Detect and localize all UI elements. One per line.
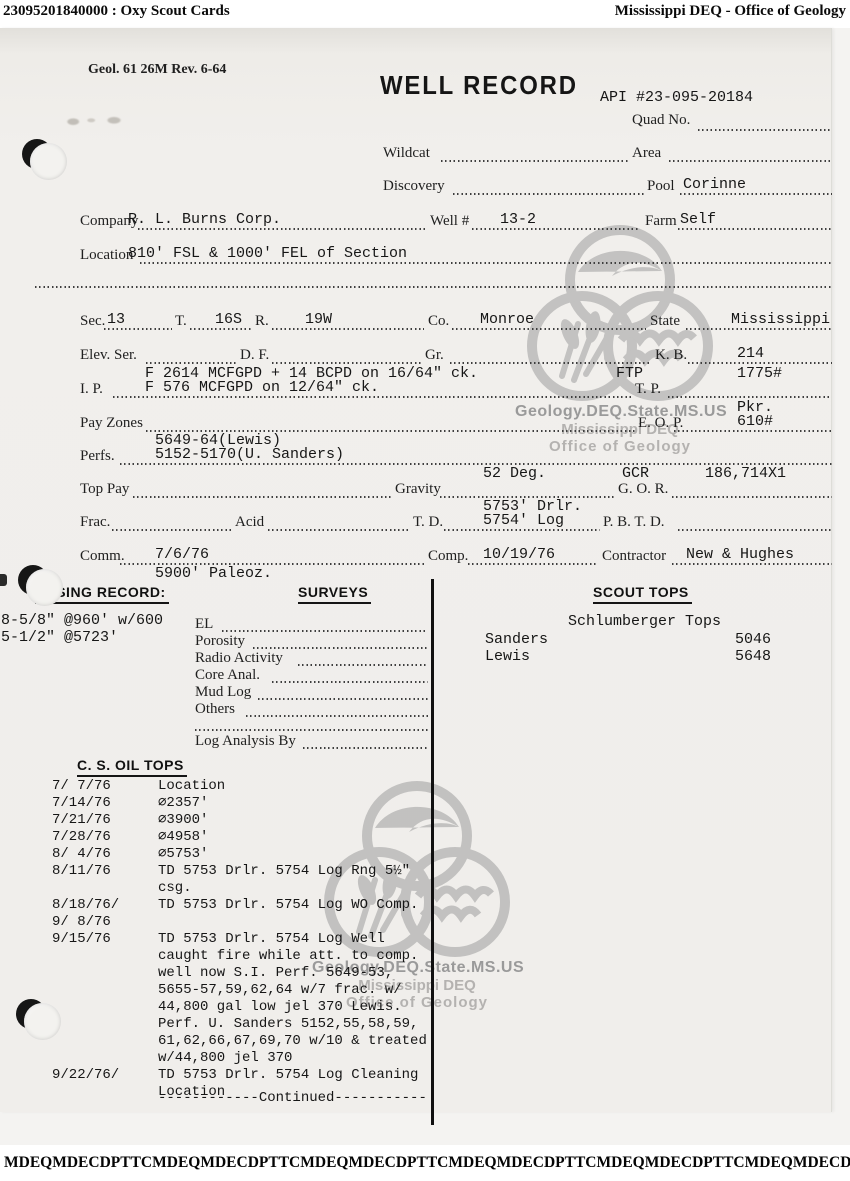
county-label: Co. (428, 313, 449, 330)
footer-token: PTTC (555, 1154, 596, 1172)
oil-tops-heading: C. S. OIL TOPS (77, 757, 187, 777)
acid-label: Acid (235, 514, 264, 531)
ip-line (113, 396, 632, 398)
form-number: Geol. 61 26M Rev. 6-64 (88, 62, 226, 78)
quad-no-label: Quad No. (632, 112, 690, 129)
survey-core-anal-label: Core Anal. (195, 667, 260, 684)
footer-token: PTTC (407, 1154, 448, 1172)
footer-token: PTTC (259, 1154, 300, 1172)
perfs-value: 5152-5170(U. Sanders) (155, 446, 344, 463)
oil-top-text: ∅4958' (158, 829, 208, 846)
footer-token: MDECD (793, 1154, 850, 1172)
scout-top-name: Lewis (485, 648, 530, 665)
pool-label: Pool (647, 178, 675, 195)
log-analysis-by-label: Log Analysis By (195, 733, 296, 750)
oil-top-date: 7/ 7/76 (52, 778, 111, 795)
survey-others-line (246, 715, 428, 717)
company-value: R. L. Burns Corp. (128, 211, 281, 228)
contractor-label: Contractor (602, 548, 666, 565)
oil-top-date: 8/ 4/76 (52, 846, 111, 863)
agency-name: Mississippi DEQ - Office of Geology (615, 3, 846, 20)
range-value: 19W (305, 311, 332, 328)
footer-token: MDEQ (152, 1154, 200, 1172)
td-label: T. D. (413, 514, 443, 531)
scout-card-id: 23095201840000 : Oxy Scout Cards (3, 3, 230, 20)
survey-mud-log-label: Mud Log (195, 684, 251, 701)
footer-token: MDEQ (300, 1154, 348, 1172)
location-label: Location (80, 247, 133, 264)
td-log-value: 5754' Log (483, 512, 564, 529)
contractor-value: New & Hughes (686, 546, 794, 563)
footer-token: MDECD (52, 1154, 111, 1172)
tp-label: T. P. (635, 381, 661, 398)
township-value: 16S (215, 311, 242, 328)
frac-line (112, 529, 232, 531)
kb-value: 214 (737, 345, 764, 362)
footer-token: PTTC (703, 1154, 744, 1172)
footer-token: MDECD (348, 1154, 407, 1172)
survey-radioactivity-line (298, 664, 428, 666)
casing-line-1: 8-5/8" @960' w/600 (1, 612, 163, 629)
pay-zones-label: Pay Zones (80, 415, 143, 432)
well-no-line (472, 228, 640, 230)
survey-porosity-label: Porosity (195, 633, 245, 650)
survey-radioactivity-label: Radio Activity (195, 650, 283, 667)
page-title: WELL RECORD (380, 70, 578, 101)
elev-ser-label: Elev. Ser. (80, 347, 137, 364)
farm-value: Self (680, 211, 716, 228)
scan-header: 23095201840000 : Oxy Scout Cards Mississ… (0, 0, 850, 28)
eop-label: E. O. P. (638, 415, 683, 432)
kb-label: K. B. (655, 347, 687, 364)
comp-line (468, 563, 598, 565)
paleoz-value: 5900' Paleoz. (155, 565, 272, 582)
frac-label: Frac. (80, 514, 110, 531)
quad-no-line (698, 129, 832, 131)
scout-tops-subheading: Schlumberger Tops (568, 613, 721, 630)
contractor-line (672, 563, 832, 565)
county-line (452, 328, 646, 330)
gcr-label: GCR (622, 465, 649, 482)
punch-hole (22, 139, 52, 169)
oil-top-date: 7/21/76 (52, 812, 111, 829)
ip-line2-value: F 576 MCFGPD on 12/64" ck. (145, 379, 379, 396)
footer-token: MDEQ (745, 1154, 793, 1172)
survey-el-line (222, 630, 428, 632)
pbtd-line (678, 529, 832, 531)
deq-watermark: Geology.DEQ.State.MS.US Mississippi DEQ … (515, 224, 725, 455)
footer-token: MDECD (200, 1154, 259, 1172)
casing-line-2: 5-1/2" @5723' (1, 629, 118, 646)
well-record-card: Geology.DEQ.State.MS.US Mississippi DEQ … (0, 28, 832, 1112)
punch-hole (18, 565, 48, 595)
comp-label: Comp. (428, 548, 468, 565)
scan-edge-mark (0, 574, 7, 586)
footer-token: MDEQ (448, 1154, 496, 1172)
footer-token: MDEQ (597, 1154, 645, 1172)
oil-top-text: TD 5753 Drlr. 5754 Log WO Comp. (158, 897, 418, 914)
footer-token: MDECD (497, 1154, 556, 1172)
footer-token: PTTC (111, 1154, 152, 1172)
oil-top-date: 9/22/76/ (52, 1067, 119, 1084)
watermark-url: Geology.DEQ.State.MS.US (515, 403, 725, 421)
separator-line (35, 286, 832, 288)
surveys-heading: SURVEYS (298, 584, 371, 604)
wildcat-line (441, 160, 629, 162)
ftp-label: FTP (616, 365, 643, 382)
footer-token: MDEQ (4, 1154, 52, 1172)
top-pay-line (133, 496, 392, 498)
location-value: 810' FSL & 1000' FEL of Section (128, 245, 407, 262)
survey-blank-line (195, 729, 428, 731)
column-divider (431, 579, 434, 1125)
survey-others-label: Others (195, 701, 235, 718)
discovery-line (453, 193, 644, 195)
farm-line (678, 228, 832, 230)
tp-line (668, 396, 832, 398)
oil-top-text: ∅2357' (158, 795, 208, 812)
survey-mud-log-line (258, 698, 428, 700)
top-pay-label: Top Pay (80, 481, 129, 498)
elev-ser-line (146, 362, 236, 364)
pencil-smudge (66, 114, 126, 128)
well-no-value: 13-2 (500, 211, 536, 228)
pool-value: Corinne (683, 176, 746, 193)
oil-top-text: ∅5753' (158, 846, 208, 863)
acid-line (268, 529, 410, 531)
township-line (190, 328, 252, 330)
sec-label: Sec. (80, 313, 105, 330)
scan-area: Geology.DEQ.State.MS.US Mississippi DEQ … (0, 28, 850, 1145)
survey-el-label: EL (195, 616, 213, 633)
gr-line (450, 362, 650, 364)
scan-footer: MDEQ MDECD PTTC MDEQ MDECD PTTC MDEQ MDE… (0, 1145, 850, 1181)
state-label: State (650, 313, 680, 330)
state-line (686, 328, 832, 330)
continued-note: ------------Continued----------- (158, 1090, 427, 1107)
oil-top-text: Location (158, 778, 225, 795)
county-value: Monroe (480, 311, 534, 328)
oil-top-date: 8/18/76/ 9/ 8/76 (52, 897, 119, 931)
scout-tops-heading: SCOUT TOPS (593, 584, 692, 604)
comm-label: Comm. (80, 548, 125, 565)
company-line (138, 228, 425, 230)
eop-value: 610# (737, 413, 773, 430)
township-label: T. (175, 313, 187, 330)
gravity-label: Gravity (395, 481, 441, 498)
api-number: API #23-095-20184 (600, 89, 753, 106)
scout-top-depth: 5648 (735, 648, 771, 665)
area-label: Area (632, 145, 661, 162)
comm-value: 7/6/76 (155, 546, 209, 563)
df-label: D. F. (240, 347, 269, 364)
oil-top-text: TD 5753 Drlr. 5754 Log Well caught fire … (158, 931, 427, 1067)
range-label: R. (255, 313, 269, 330)
pbtd-label: P. B. T. D. (603, 514, 665, 531)
pool-line (680, 193, 832, 195)
sec-value: 13 (107, 311, 125, 328)
gr-label: Gr. (425, 347, 444, 364)
df-line (272, 362, 421, 364)
gcr-value: 186,714X1 (705, 465, 786, 482)
ip-label: I. P. (80, 381, 103, 398)
ftp-value: 1775# (737, 365, 782, 382)
area-line (669, 160, 832, 162)
log-analysis-by-line (303, 747, 428, 749)
scout-top-name: Sanders (485, 631, 548, 648)
state-value: Mississippi (731, 311, 830, 328)
oil-top-date: 7/28/76 (52, 829, 111, 846)
wildcat-label: Wildcat (383, 145, 430, 162)
td-line (444, 529, 600, 531)
scout-top-depth: 5046 (735, 631, 771, 648)
farm-label: Farm (645, 213, 677, 230)
range-line (272, 328, 424, 330)
oil-top-date: 7/14/76 (52, 795, 111, 812)
well-no-label: Well # (430, 213, 469, 230)
perfs-label: Perfs. (80, 448, 115, 465)
kb-line (688, 362, 832, 364)
watermark-line3: Office of Geology (515, 438, 725, 455)
punch-hole (16, 999, 46, 1029)
sec-line (104, 328, 172, 330)
survey-core-anal-line (272, 681, 428, 683)
discovery-label: Discovery (383, 178, 445, 195)
gor-line (672, 496, 832, 498)
comp-value: 10/19/76 (483, 546, 555, 563)
gravity-value: 52 Deg. (483, 465, 546, 482)
oil-top-date: 8/11/76 (52, 863, 111, 880)
oil-top-text: ∅3900' (158, 812, 208, 829)
footer-token: MDECD (645, 1154, 704, 1172)
oil-top-date: 9/15/76 (52, 931, 111, 948)
eop-line (674, 430, 832, 432)
survey-porosity-line (253, 647, 428, 649)
gor-label: G. O. R. (618, 481, 668, 498)
location-line (140, 262, 832, 264)
oil-top-text: TD 5753 Drlr. 5754 Log Rng 5½" csg. (158, 863, 410, 897)
